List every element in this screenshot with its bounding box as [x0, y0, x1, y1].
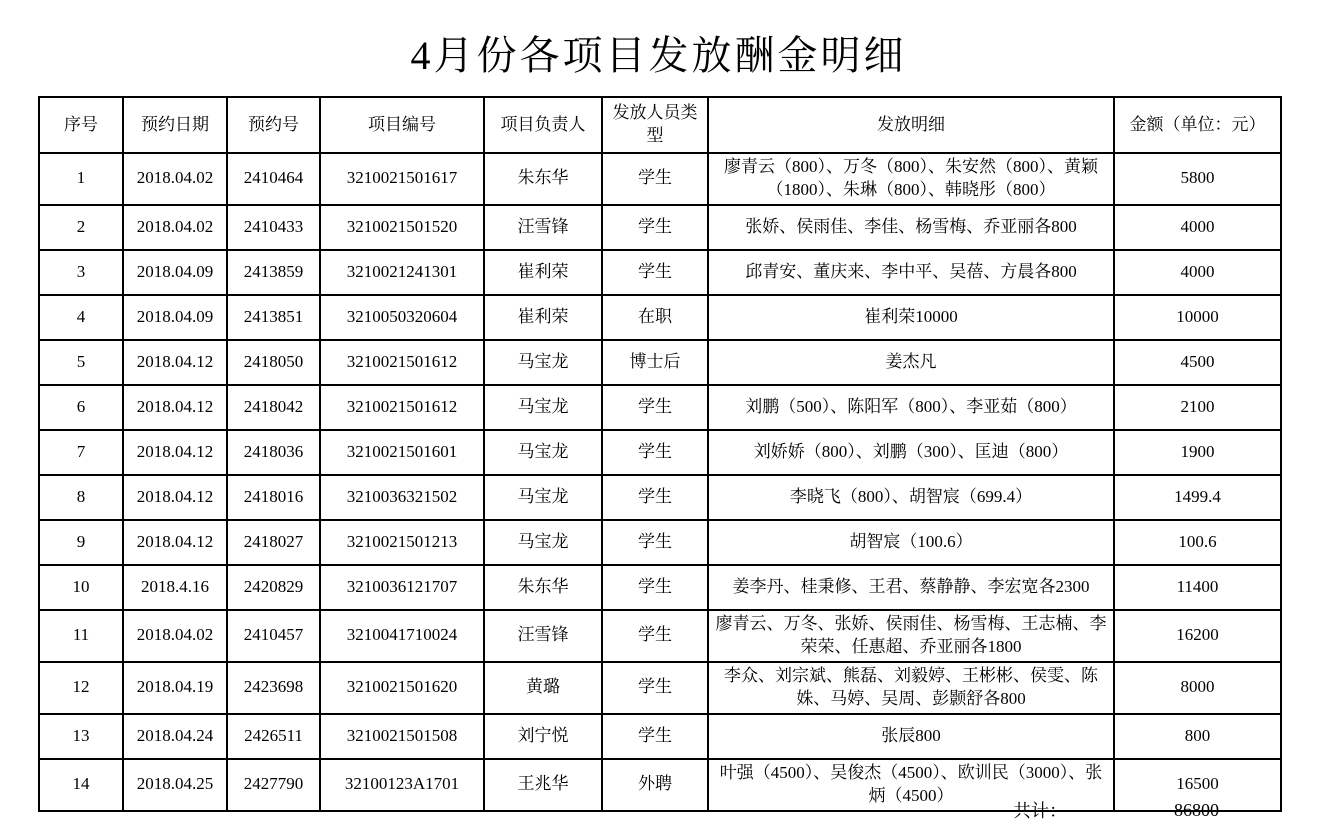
table-cell: 2018.04.12 [123, 340, 227, 385]
table-cell: 刘宁悦 [484, 714, 602, 759]
table-cell: 2418042 [227, 385, 320, 430]
total-label: 共计： [38, 797, 1113, 823]
table-row: 12018.04.0224104643210021501617朱东华学生廖青云（… [39, 153, 1281, 205]
table-row: 52018.04.1224180503210021501612马宝龙博士后姜杰凡… [39, 340, 1281, 385]
table-cell: 2018.04.09 [123, 295, 227, 340]
table-cell: 8000 [1114, 662, 1281, 714]
table-cell: 2410457 [227, 610, 320, 662]
table-cell: 4500 [1114, 340, 1281, 385]
col-header-project-leader: 项目负责人 [484, 97, 602, 153]
table-cell: 朱东华 [484, 153, 602, 205]
table-cell: 2413859 [227, 250, 320, 295]
col-header-index: 序号 [39, 97, 123, 153]
table-cell: 学生 [602, 610, 708, 662]
table-cell: 10 [39, 565, 123, 610]
table-cell: 2100 [1114, 385, 1281, 430]
table-cell: 学生 [602, 153, 708, 205]
table-cell: 5 [39, 340, 123, 385]
table-cell: 3210021501617 [320, 153, 484, 205]
table-cell: 李晓飞（800）、胡智宸（699.4） [708, 475, 1114, 520]
table-cell: 2018.04.02 [123, 610, 227, 662]
table-cell: 5800 [1114, 153, 1281, 205]
table-row: 32018.04.0924138593210021241301崔利荣学生邱青安、… [39, 250, 1281, 295]
table-cell: 2418027 [227, 520, 320, 565]
table-cell: 汪雪锋 [484, 610, 602, 662]
table-cell: 3210021501612 [320, 385, 484, 430]
table-cell: 学生 [602, 520, 708, 565]
table-cell: 3210021501601 [320, 430, 484, 475]
table-cell: 2426511 [227, 714, 320, 759]
table-cell: 4000 [1114, 205, 1281, 250]
col-header-personnel-type: 发放人员类型 [602, 97, 708, 153]
table-cell: 3210021501612 [320, 340, 484, 385]
table-cell: 7 [39, 430, 123, 475]
table-cell: 800 [1114, 714, 1281, 759]
table-cell: 廖青云、万冬、张娇、侯雨佳、杨雪梅、王志楠、李荣荣、任惠超、乔亚丽各1800 [708, 610, 1114, 662]
payroll-table: 序号 预约日期 预约号 项目编号 项目负责人 发放人员类型 发放明细 金额（单位… [38, 96, 1282, 812]
table-cell: 4 [39, 295, 123, 340]
table-cell: 2410433 [227, 205, 320, 250]
table-cell: 2018.04.12 [123, 385, 227, 430]
table-cell: 2418050 [227, 340, 320, 385]
table-cell: 2018.04.02 [123, 205, 227, 250]
table-row: 112018.04.0224104573210041710024汪雪锋学生廖青云… [39, 610, 1281, 662]
table-cell: 黄璐 [484, 662, 602, 714]
table-cell: 2018.04.02 [123, 153, 227, 205]
table-cell: 胡智宸（100.6） [708, 520, 1114, 565]
table-cell: 3210021501620 [320, 662, 484, 714]
col-header-payment-details: 发放明细 [708, 97, 1114, 153]
table-header: 序号 预约日期 预约号 项目编号 项目负责人 发放人员类型 发放明细 金额（单位… [39, 97, 1281, 153]
table-cell: 马宝龙 [484, 340, 602, 385]
table-cell: 3210036321502 [320, 475, 484, 520]
table-cell: 马宝龙 [484, 430, 602, 475]
table-cell: 10000 [1114, 295, 1281, 340]
table-cell: 2418036 [227, 430, 320, 475]
table-cell: 3210021501520 [320, 205, 484, 250]
table-cell: 1499.4 [1114, 475, 1281, 520]
table-cell: 2413851 [227, 295, 320, 340]
table-cell: 11400 [1114, 565, 1281, 610]
col-header-project-no: 项目编号 [320, 97, 484, 153]
table-cell: 学生 [602, 205, 708, 250]
table-cell: 2018.04.19 [123, 662, 227, 714]
col-header-amount: 金额（单位：元） [1114, 97, 1281, 153]
table-cell: 学生 [602, 385, 708, 430]
table-row: 122018.04.1924236983210021501620黄璐学生李众、刘… [39, 662, 1281, 714]
table-cell: 崔利荣 [484, 250, 602, 295]
table-row: 62018.04.1224180423210021501612马宝龙学生刘鹏（5… [39, 385, 1281, 430]
table-row: 132018.04.2424265113210021501508刘宁悦学生张辰8… [39, 714, 1281, 759]
table-cell: 2 [39, 205, 123, 250]
table-cell: 6 [39, 385, 123, 430]
total-value: 86800 [1113, 800, 1280, 821]
table-cell: 2018.04.09 [123, 250, 227, 295]
table-cell: 崔利荣 [484, 295, 602, 340]
table-cell: 学生 [602, 565, 708, 610]
table-cell: 100.6 [1114, 520, 1281, 565]
table-cell: 3210021501213 [320, 520, 484, 565]
table-cell: 3210021241301 [320, 250, 484, 295]
table-row: 42018.04.0924138513210050320604崔利荣在职崔利荣1… [39, 295, 1281, 340]
table-cell: 学生 [602, 430, 708, 475]
table-row: 82018.04.1224180163210036321502马宝龙学生李晓飞（… [39, 475, 1281, 520]
totals-row: 共计： 86800 [38, 797, 1280, 823]
table-row: 102018.4.1624208293210036121707朱东华学生姜李丹、… [39, 565, 1281, 610]
page-title: 4月份各项目发放酬金明细 [0, 24, 1317, 81]
table-cell: 刘鹏（500）、陈阳军（800）、李亚茹（800） [708, 385, 1114, 430]
table-cell: 2018.04.12 [123, 475, 227, 520]
table-cell: 马宝龙 [484, 385, 602, 430]
table-cell: 2410464 [227, 153, 320, 205]
header-row: 序号 预约日期 预约号 项目编号 项目负责人 发放人员类型 发放明细 金额（单位… [39, 97, 1281, 153]
table-cell: 8 [39, 475, 123, 520]
table-cell: 2418016 [227, 475, 320, 520]
table-cell: 汪雪锋 [484, 205, 602, 250]
table-cell: 姜李丹、桂秉修、王君、蔡静静、李宏宽各2300 [708, 565, 1114, 610]
table-cell: 16200 [1114, 610, 1281, 662]
table-cell: 马宝龙 [484, 475, 602, 520]
table-cell: 1900 [1114, 430, 1281, 475]
table-cell: 3 [39, 250, 123, 295]
table-row: 22018.04.0224104333210021501520汪雪锋学生张娇、侯… [39, 205, 1281, 250]
table-cell: 1 [39, 153, 123, 205]
table-cell: 2018.04.12 [123, 520, 227, 565]
table-cell: 廖青云（800）、万冬（800）、朱安然（800）、黄颖（1800）、朱琳（80… [708, 153, 1114, 205]
table-cell: 学生 [602, 475, 708, 520]
table-cell: 在职 [602, 295, 708, 340]
table-cell: 学生 [602, 714, 708, 759]
table-cell: 9 [39, 520, 123, 565]
col-header-reservation-date: 预约日期 [123, 97, 227, 153]
table-cell: 李众、刘宗斌、熊磊、刘毅婷、王彬彬、侯雯、陈姝、马婷、吴周、彭颢舒各800 [708, 662, 1114, 714]
table-cell: 姜杰凡 [708, 340, 1114, 385]
table-cell: 博士后 [602, 340, 708, 385]
table-cell: 13 [39, 714, 123, 759]
table-cell: 3210036121707 [320, 565, 484, 610]
table-row: 72018.04.1224180363210021501601马宝龙学生刘娇娇（… [39, 430, 1281, 475]
table-cell: 2018.04.24 [123, 714, 227, 759]
table-cell: 2423698 [227, 662, 320, 714]
col-header-reservation-no: 预约号 [227, 97, 320, 153]
table-cell: 马宝龙 [484, 520, 602, 565]
table-cell: 刘娇娇（800）、刘鹏（300）、匡迪（800） [708, 430, 1114, 475]
table-cell: 2018.4.16 [123, 565, 227, 610]
table-cell: 学生 [602, 250, 708, 295]
table-cell: 学生 [602, 662, 708, 714]
table-cell: 3210021501508 [320, 714, 484, 759]
table-cell: 邱青安、董庆来、李中平、吴蓓、方晨各800 [708, 250, 1114, 295]
table-body: 12018.04.0224104643210021501617朱东华学生廖青云（… [39, 153, 1281, 811]
table-cell: 12 [39, 662, 123, 714]
table-cell: 崔利荣10000 [708, 295, 1114, 340]
table-cell: 2420829 [227, 565, 320, 610]
table-cell: 张娇、侯雨佳、李佳、杨雪梅、乔亚丽各800 [708, 205, 1114, 250]
table-cell: 张辰800 [708, 714, 1114, 759]
table-cell: 3210050320604 [320, 295, 484, 340]
table-cell: 2018.04.12 [123, 430, 227, 475]
table-cell: 3210041710024 [320, 610, 484, 662]
table-row: 92018.04.1224180273210021501213马宝龙学生胡智宸（… [39, 520, 1281, 565]
table-cell: 朱东华 [484, 565, 602, 610]
table-cell: 11 [39, 610, 123, 662]
table-cell: 4000 [1114, 250, 1281, 295]
